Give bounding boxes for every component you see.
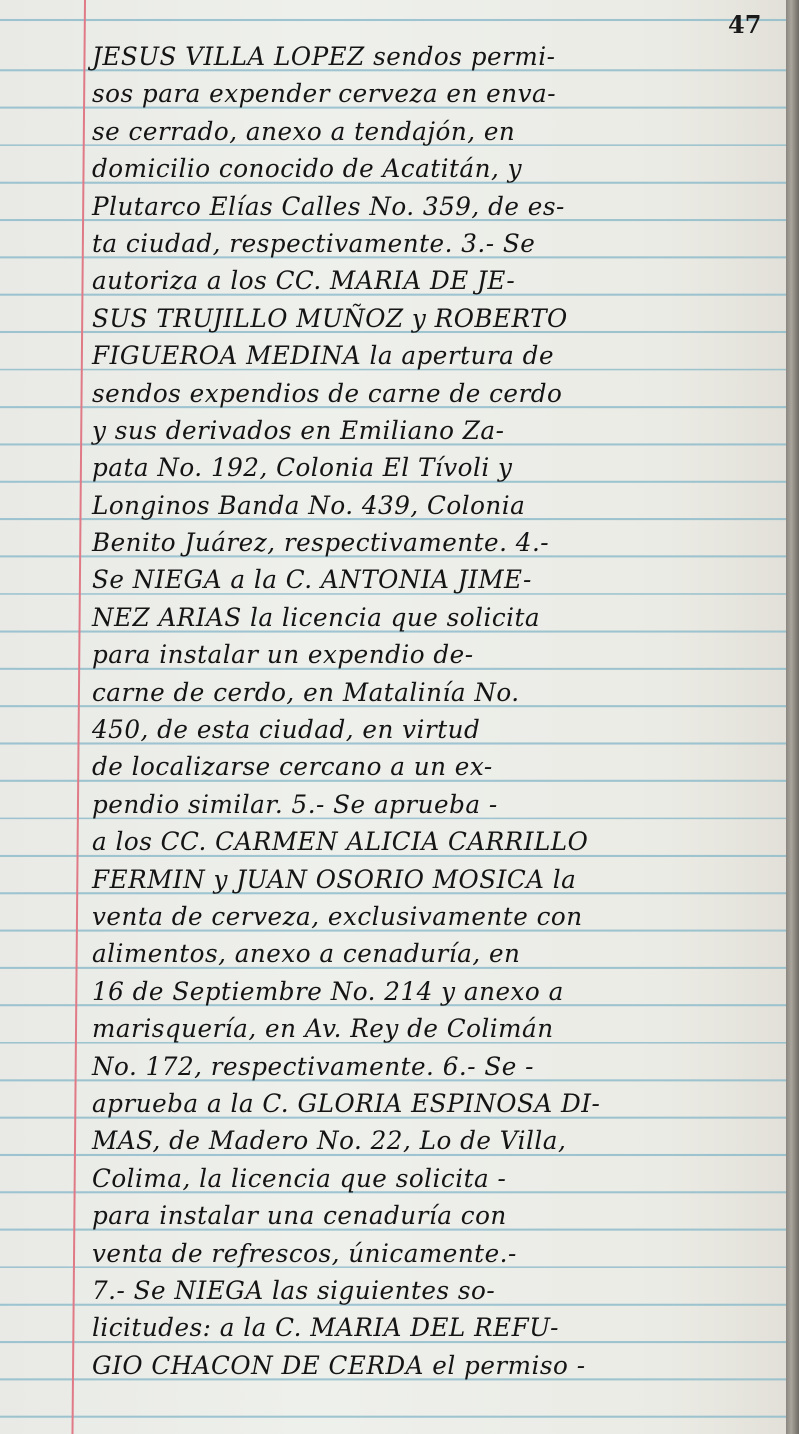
text-line: SUS TRUJILLO MUÑOZ y ROBERTO — [92, 300, 782, 337]
text-line: 16 de Septiembre No. 214 y anexo a — [92, 973, 782, 1010]
text-line: pata No. 192, Colonia El Tívoli y — [92, 449, 782, 486]
text-line: NEZ ARIAS la licencia que solicita — [92, 599, 782, 636]
handwritten-text: JESUS VILLA LOPEZ sendos permi- sos para… — [92, 38, 786, 1384]
text-line: Longinos Banda No. 439, Colonia — [92, 487, 782, 524]
text-line: sendos expendios de carne de cerdo — [92, 375, 782, 412]
text-line: de localizarse cercano a un ex- — [92, 748, 782, 785]
text-line: Plutarco Elías Calles No. 359, de es- — [92, 188, 782, 225]
text-line: Se NIEGA a la C. ANTONIA JIME- — [92, 561, 782, 598]
text-line: sos para expender cerveza en enva- — [92, 75, 782, 112]
text-line: licitudes: a la C. MARIA DEL REFU- — [92, 1309, 782, 1346]
notebook-page: 47 JESUS VILLA LOPEZ sendos permi- sos p… — [0, 0, 786, 1434]
text-line: para instalar un expendio de- — [92, 636, 782, 673]
text-line: se cerrado, anexo a tendajón, en — [92, 113, 782, 150]
text-line: JESUS VILLA LOPEZ sendos permi- — [92, 38, 782, 75]
text-line: venta de cerveza, exclusivamente con — [92, 898, 782, 935]
text-line: ta ciudad, respectivamente. 3.- Se — [92, 225, 782, 262]
text-line: Colima, la licencia que solicita - — [92, 1160, 782, 1197]
text-line: venta de refrescos, únicamente.- — [92, 1235, 782, 1272]
text-line: 450, de esta ciudad, en virtud — [92, 711, 782, 748]
text-line: alimentos, anexo a cenaduría, en — [92, 935, 782, 972]
text-line: y sus derivados en Emiliano Za- — [92, 412, 782, 449]
book-binding-edge — [786, 0, 799, 1434]
text-line: FERMIN y JUAN OSORIO MOSICA la — [92, 861, 782, 898]
text-line: FIGUEROA MEDINA la apertura de — [92, 337, 782, 374]
text-line: pendio similar. 5.- Se aprueba - — [92, 786, 782, 823]
text-line: para instalar una cenaduría con — [92, 1197, 782, 1234]
text-line: autoriza a los CC. MARIA DE JE- — [92, 262, 782, 299]
text-line: a los CC. CARMEN ALICIA CARRILLO — [92, 823, 782, 860]
text-line: MAS, de Madero No. 22, Lo de Villa, — [92, 1122, 782, 1159]
text-line: Benito Juárez, respectivamente. 4.- — [92, 524, 782, 561]
text-line: GIO CHACON DE CERDA el permiso - — [92, 1347, 782, 1384]
text-line: domicilio conocido de Acatitán, y — [92, 150, 782, 187]
text-line: marisquería, en Av. Rey de Colimán — [92, 1010, 782, 1047]
text-line: carne de cerdo, en Matalinía No. — [92, 674, 782, 711]
text-line: aprueba a la C. GLORIA ESPINOSA DI- — [92, 1085, 782, 1122]
text-line: 7.- Se NIEGA las siguientes so- — [92, 1272, 782, 1309]
text-line: No. 172, respectivamente. 6.- Se - — [92, 1048, 782, 1085]
page-number: 47 — [728, 10, 761, 39]
